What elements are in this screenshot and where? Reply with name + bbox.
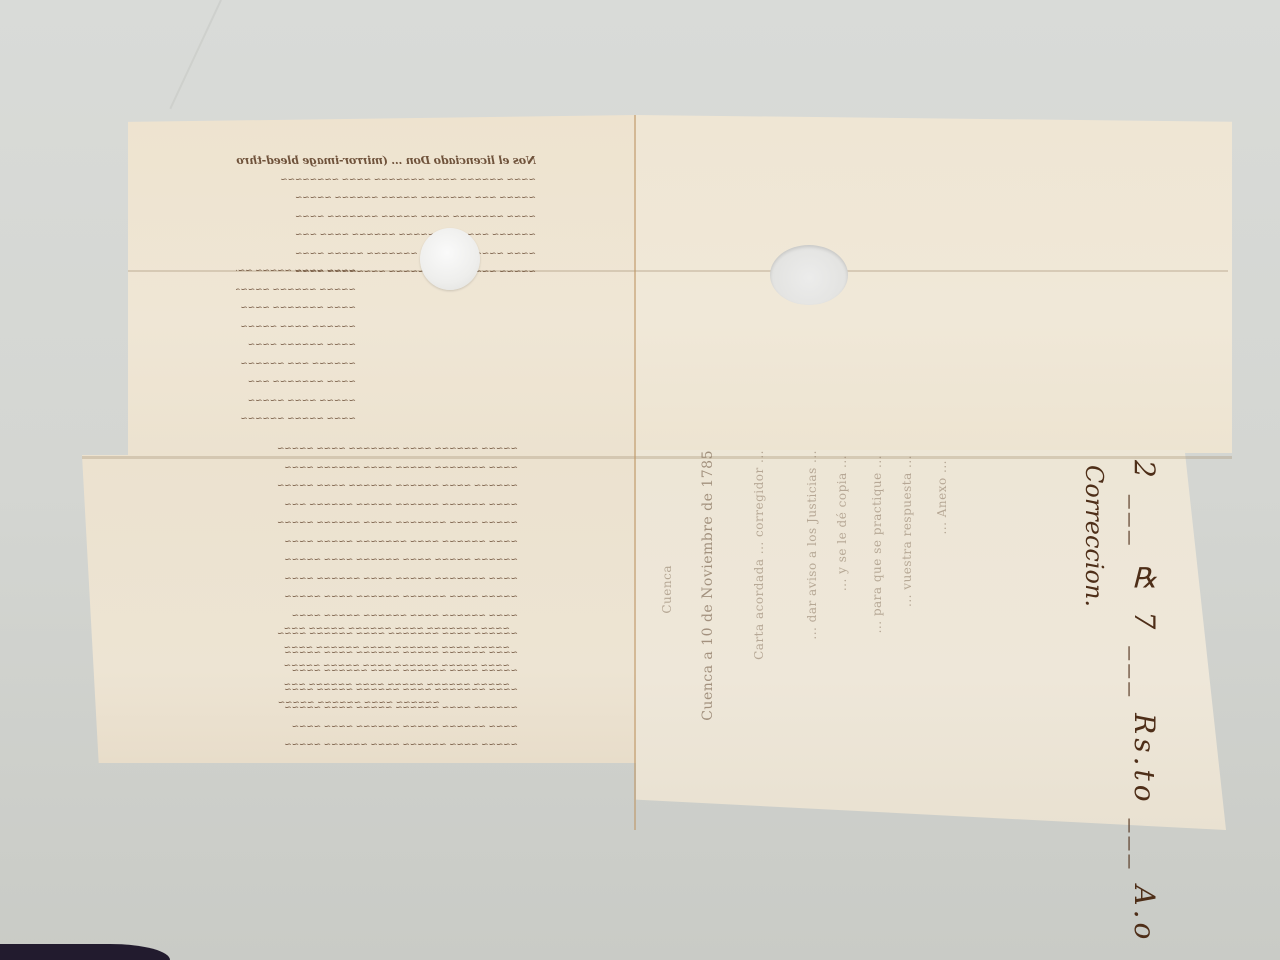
faint-text-date-line: Cuenca a 10 de Noviembre de 1785 [700,450,716,721]
manuscript-text-closing: ~~~~ ~~~~~~~ ~~~~ ~~~~~~ ~~~~~ ~~~ ~~~~~… [210,620,510,750]
faint-text-line: ... para que se practique ... [870,455,884,633]
center-spine-fold [634,115,636,830]
paper-seal-embossed [420,228,480,290]
faint-text-line: Carta acordada ... corregidor ... [752,450,766,660]
faint-text-line: ... Anexo ... [935,460,949,535]
annotation-correccion: Correccion. [1080,465,1108,607]
faint-text-line: ... y se le dé copia ... [835,455,849,591]
right-page-top-panel [636,115,1232,453]
faint-text-line: ... vuestra respuesta ... [900,455,914,607]
faint-text-line: ... dar aviso a los Justicias ... [805,450,819,640]
heading-line: Nos el licenciado Don ... (mirror-image … [236,152,536,171]
annotation-folio-marks: 2 ___ ℞ 7 ___ Rs.to ___ A.o [1128,460,1161,943]
manuscript-text-narrow-column: ~~~~ ~~~~ ~~~~~ ~~~ ~~~~~ ~~~~~~ ~~~~~ ~… [236,262,356,452]
background-scratch [169,0,222,109]
dark-object-edge [0,944,170,960]
faint-text-cuenca: Cuenca [660,565,674,614]
seal-cutout-hole [770,245,848,305]
